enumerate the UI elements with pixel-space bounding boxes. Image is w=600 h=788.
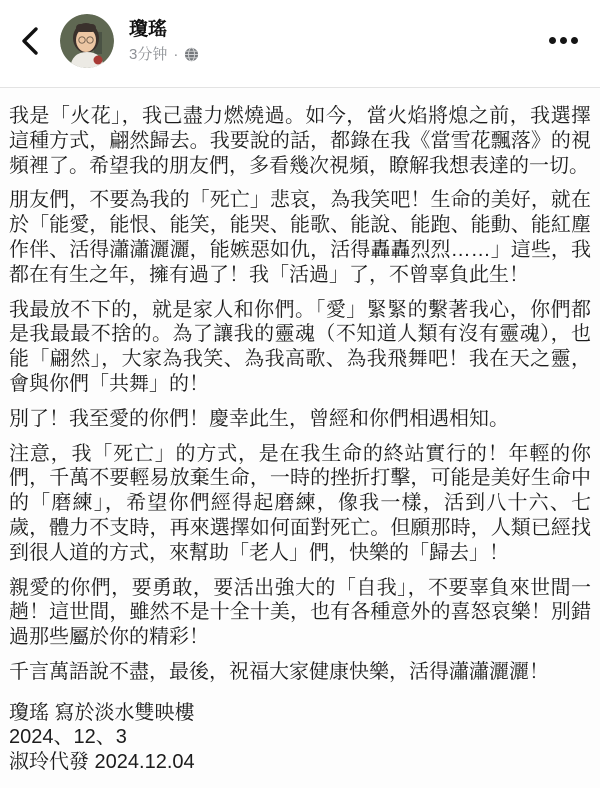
signature-block: 瓊瑤 寫於淡水雙映樓 2024、12、3 淑玲代發 2024.12.04 [9,701,591,774]
post-paragraph: 別了！我至愛的你們！慶幸此生，曾經和你們相遇相知。 [9,407,591,432]
post-paragraph: 注意，我「死亡」的方式，是在我生命的終站實行的！年輕的你們，千萬不要輕易放棄生命… [9,442,591,566]
signature-line: 瓊瑤 寫於淡水雙映樓 [9,701,591,725]
signature-line: 淑玲代發 2024.12.04 [9,750,591,774]
avatar[interactable] [60,14,114,68]
back-button[interactable] [12,19,48,63]
post-paragraph: 親愛的你們，要勇敢，要活出強大的「自我」，不要辜負來世間一趟！這世間，雖然不是十… [9,576,591,650]
post-body: 我是「火花」，我己盡力燃燒過。如今，當火焰將熄之前，我選擇這種方式，翩然歸去。我… [0,88,600,774]
user-name[interactable]: 瓊瑤 [129,19,547,42]
post-page: 瓊瑤 3分钟 · 我是「 [0,0,600,788]
header-bar: 瓊瑤 3分钟 · [0,0,600,88]
more-options-button[interactable] [547,29,580,52]
timestamp: 3分钟 [129,47,167,62]
post-paragraph: 我是「火花」，我己盡力燃燒過。如今，當火焰將熄之前，我選擇這種方式，翩然歸去。我… [9,104,591,178]
meta-separator: · [173,47,178,62]
ellipsis-icon [549,37,578,44]
post-meta: 3分钟 · [129,47,547,62]
post-paragraph: 朋友們，不要為我的「死亡」悲哀，為我笑吧！生命的美好，就在於「能愛，能恨、能笑，… [9,188,591,287]
signature-line: 2024、12、3 [9,725,591,749]
globe-icon [184,47,199,62]
chevron-left-icon [20,25,40,57]
post-paragraph: 我最放不下的，就是家人和你們。「愛」緊緊的繫著我心，你們都是我最最不捨的。為了讓… [9,298,591,397]
post-paragraph: 千言萬語說不盡，最後，祝福大家健康快樂，活得瀟瀟灑灑！ [9,660,591,685]
user-info: 瓊瑤 3分钟 · [129,19,547,62]
